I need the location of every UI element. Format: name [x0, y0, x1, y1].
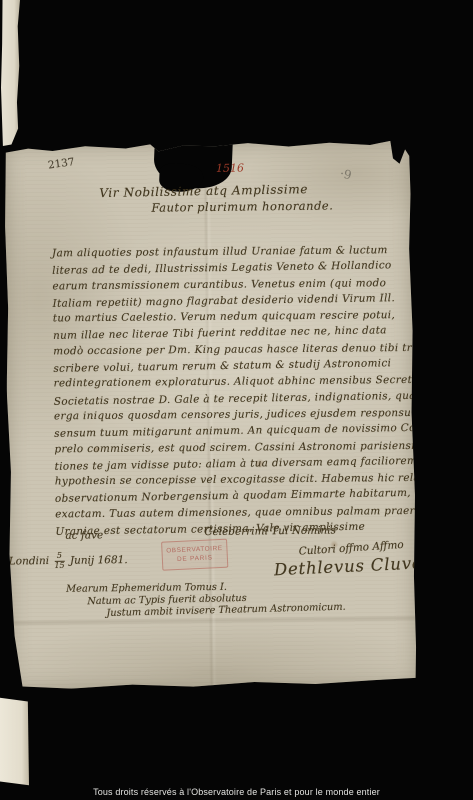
letter-body: Jam aliquoties post infaustum illud Uran…: [52, 243, 473, 541]
dateline-month-year: Junij 1681.: [70, 554, 128, 567]
salutation-line-2: Fautor plurimum honorande.: [151, 198, 333, 214]
observatoire-de-paris-stamp: OBSERVATOIRE DE PARIS: [161, 539, 228, 571]
archival-number: 2137: [47, 156, 75, 171]
closing-honorific: Celeberrimi Tui Nominis: [204, 524, 336, 538]
folio-mark: ·9: [339, 166, 353, 182]
dateline: Londini 5 15 Junij 1681.: [9, 551, 128, 570]
letter-sheet: 2137 1516 ·9 Vir Nobilissime atq Ampliss…: [4, 140, 418, 691]
manuscript-scan: 2137 1516 ·9 Vir Nobilissime atq Ampliss…: [0, 0, 473, 800]
adjacent-page-edge-top: [1, 0, 20, 146]
adjacent-page-edge-bottom: [0, 695, 29, 788]
salutation-line-1: Vir Nobilissime atq Amplissime: [99, 182, 308, 200]
collection-number-red: 1516: [216, 162, 244, 175]
copyright-caption: Tous droits réservés à l'Observatoire de…: [0, 787, 473, 797]
dateline-place: Londini: [9, 555, 49, 567]
closing-ac-fave: ac fave: [65, 529, 103, 541]
dateline-dual-date: 5 15: [54, 552, 64, 570]
